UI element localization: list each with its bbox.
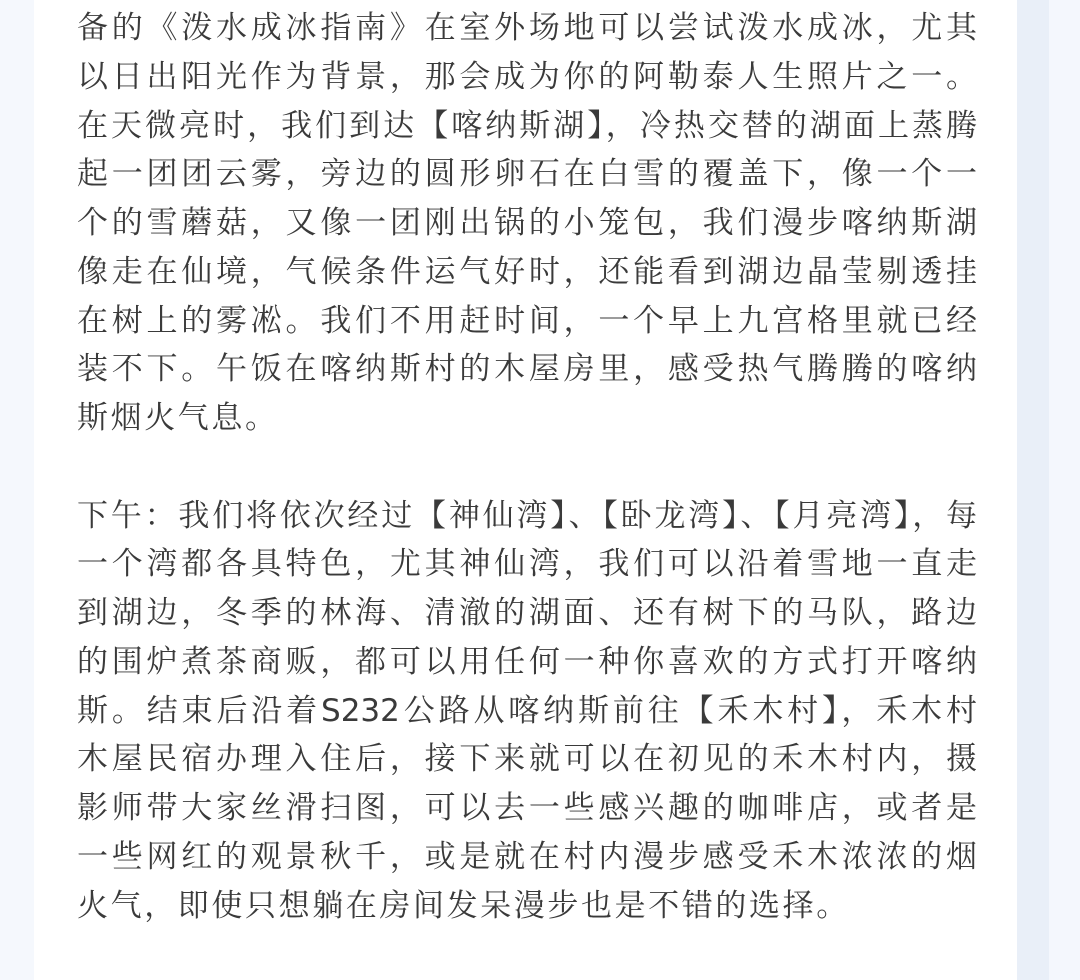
- text-line: 以日出阳光作为背景，那会成为你的阿勒泰人生照片之一。: [77, 53, 977, 102]
- article-body: 备的《泼水成冰指南》在室外场地可以尝试泼水成冰，尤其 以日出阳光作为背景，那会成…: [77, 4, 977, 930]
- text-line: 斯烟火气息。: [77, 394, 977, 443]
- text-line: 到湖边，冬季的林海、清澈的湖面、还有树下的马队，路边: [77, 589, 977, 638]
- text-line: 斯。结束后沿着S232公路从喀纳斯前往【禾木村】，禾木村: [77, 687, 977, 736]
- text-line: 起一团团云雾，旁边的圆形卵石在白雪的覆盖下，像一个一: [77, 150, 977, 199]
- paragraph-afternoon: 下午：我们将依次经过【神仙湾】、【卧龙湾】、【月亮湾】，每 一个湾都各具特色，尤…: [77, 492, 977, 931]
- text-line: 备的《泼水成冰指南》在室外场地可以尝试泼水成冰，尤其: [77, 4, 977, 53]
- right-sidebar-strip: [1017, 0, 1049, 980]
- text-line: 影师带大家丝滑扫图，可以去一些感兴趣的咖啡店，或者是: [77, 784, 977, 833]
- text-line: 像走在仙境，气候条件运气好时，还能看到湖边晶莹剔透挂: [77, 248, 977, 297]
- text-line: 在树上的雾凇。我们不用赶时间，一个早上九宫格里就已经: [77, 297, 977, 346]
- text-line: 的围炉煮茶商贩，都可以用任何一种你喜欢的方式打开喀纳: [77, 638, 977, 687]
- paragraph-spacer: [77, 443, 977, 492]
- paragraph-morning: 备的《泼水成冰指南》在室外场地可以尝试泼水成冰，尤其 以日出阳光作为背景，那会成…: [77, 4, 977, 443]
- text-line: 装不下。午饭在喀纳斯村的木屋房里，感受热气腾腾的喀纳: [77, 345, 977, 394]
- text-line: 一些网红的观景秋千，或是就在村内漫步感受禾木浓浓的烟: [77, 833, 977, 882]
- text-line: 下午：我们将依次经过【神仙湾】、【卧龙湾】、【月亮湾】，每: [77, 492, 977, 541]
- left-gutter: [0, 0, 34, 980]
- text-line: 木屋民宿办理入住后，接下来就可以在初见的禾木村内，摄: [77, 735, 977, 784]
- page: 备的《泼水成冰指南》在室外场地可以尝试泼水成冰，尤其 以日出阳光作为背景，那会成…: [0, 0, 1080, 980]
- text-line: 火气，即使只想躺在房间发呆漫步也是不错的选择。: [77, 882, 977, 931]
- right-edge-background: [1049, 0, 1080, 980]
- text-line: 在天微亮时，我们到达【喀纳斯湖】，冷热交替的湖面上蒸腾: [77, 102, 977, 151]
- text-line: 一个湾都各具特色，尤其神仙湾，我们可以沿着雪地一直走: [77, 540, 977, 589]
- text-line: 个的雪蘑菇，又像一团刚出锅的小笼包，我们漫步喀纳斯湖: [77, 199, 977, 248]
